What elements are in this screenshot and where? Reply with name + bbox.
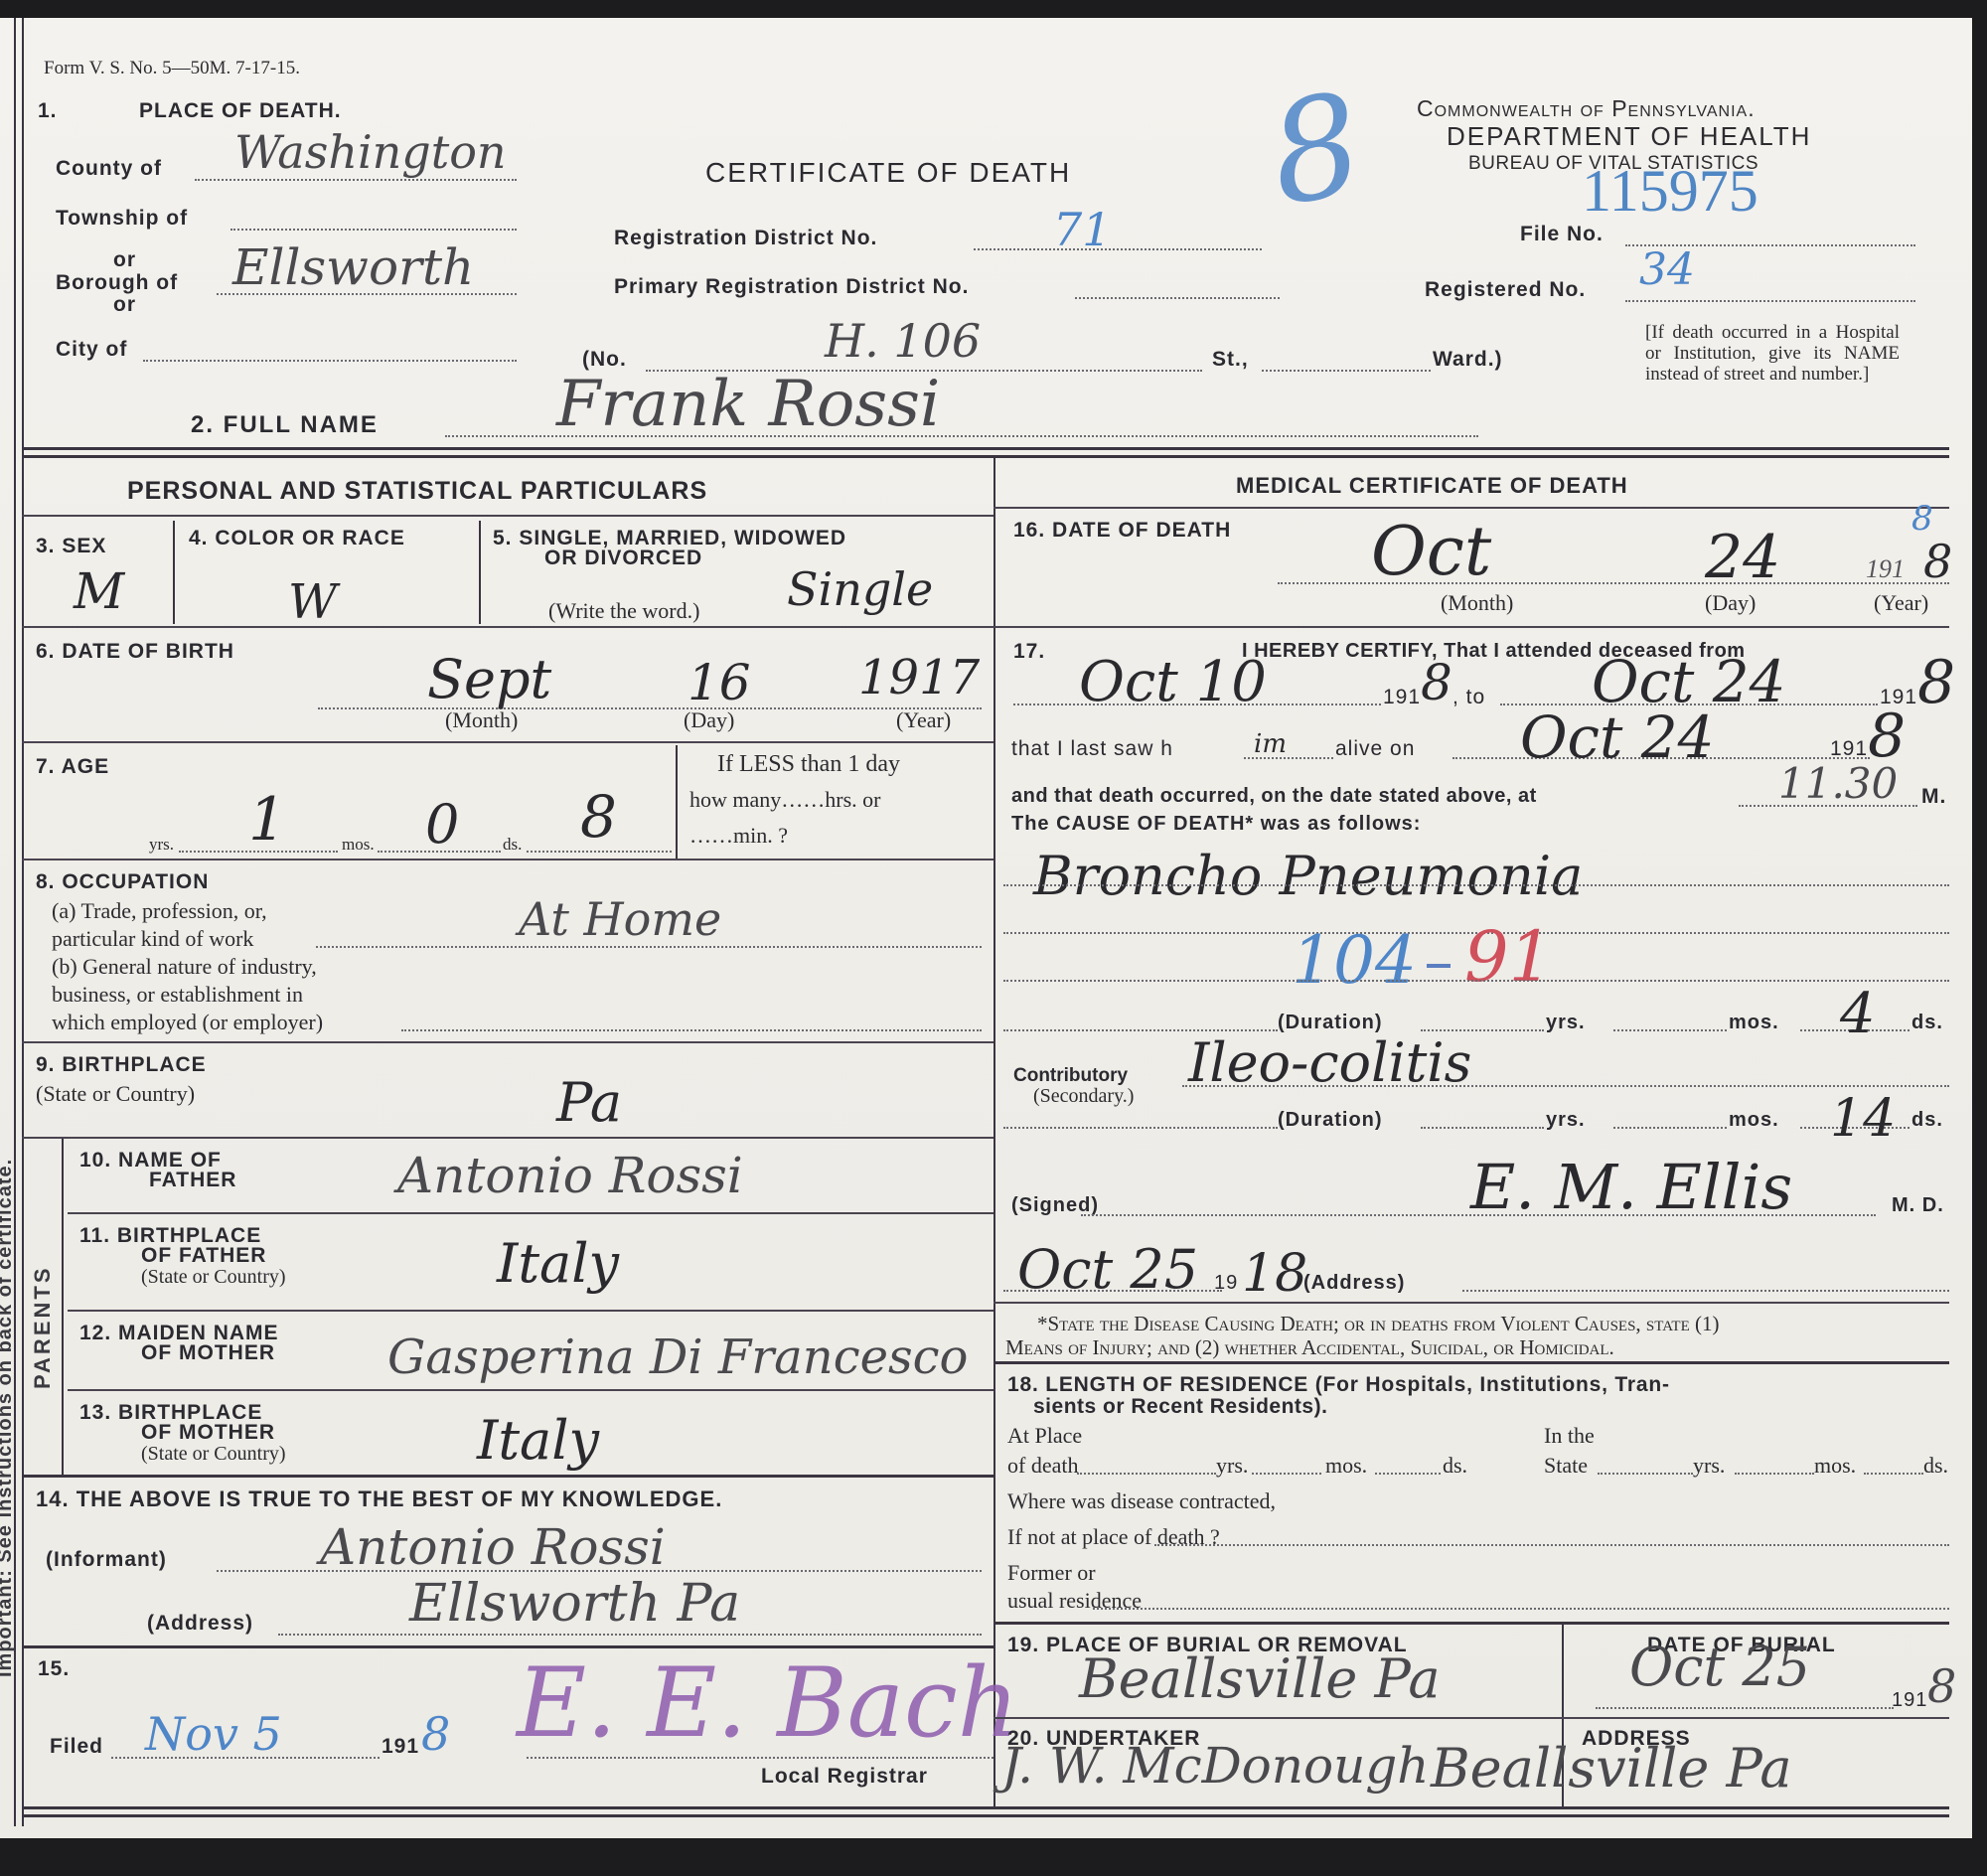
form-number: Form V. S. No. 5—50M. 7-17-15. (44, 58, 300, 79)
death-time-value: 11.30 (1778, 759, 1898, 808)
informant-heading: 14. THE ABOVE IS TRUE TO THE BEST OF MY … (36, 1486, 722, 1512)
death-time-suffix: M. (1921, 785, 1946, 809)
burial-place-value: Beallsville Pa (1079, 1647, 1441, 1710)
local-registrar-label: Local Registrar (761, 1765, 928, 1789)
divider (993, 1717, 1949, 1719)
last-saw-pronoun: im (1254, 729, 1287, 759)
in-state-yrs-label: yrs. (1693, 1453, 1725, 1479)
occupation-a-label: (a) Trade, profession, or, (52, 898, 267, 924)
divider (993, 1622, 1949, 1625)
death-certificate: Important: See instructions on back of c… (0, 18, 1972, 1838)
or-label: or (113, 293, 136, 317)
divider (22, 626, 993, 628)
last-saw-label: that I last saw h (1011, 737, 1173, 761)
column-divider (479, 521, 481, 624)
mother-name-value: Gasperina Di Francesco (387, 1329, 968, 1385)
divider (68, 1310, 993, 1312)
certificate-title: CERTIFICATE OF DEATH (705, 157, 1071, 189)
to-label: , to (1452, 686, 1485, 709)
column-divider (676, 745, 678, 859)
father-birthplace-label-2: OF FATHER (141, 1244, 266, 1268)
in-state-ds-field (1864, 1473, 1923, 1475)
signed-value: E. M. Ellis (1470, 1151, 1792, 1223)
in-state-yrs-field (1598, 1473, 1693, 1475)
divider (993, 507, 1949, 509)
contrib-ds-value: 14 (1830, 1089, 1896, 1149)
attended-from-year-prefix: 191 (1383, 686, 1421, 709)
registered-no-label: Registered No. (1425, 278, 1586, 302)
former-residence-label-2: usual residence (1007, 1588, 1142, 1614)
filed-value: Nov 5 (145, 1707, 282, 1761)
registered-no-field (1625, 300, 1915, 302)
duration-ds-value: 4 (1840, 982, 1876, 1046)
age-ds-label: ds. (503, 835, 522, 855)
date-of-death-year-suffix: 8 (1923, 535, 1952, 588)
attended-from-value: Oct 10 (1079, 650, 1267, 714)
duration-ds-label: ds. (1911, 1012, 1943, 1034)
full-name-label: 2. FULL NAME (191, 411, 379, 439)
registration-district-value: 71 (1053, 203, 1112, 256)
occupation-b-field (401, 1029, 982, 1031)
at-place-yrs-field (1077, 1473, 1216, 1475)
divider (22, 741, 993, 743)
date-of-death-year-prefix: 191 (1866, 554, 1905, 584)
section-1-number: 1. (38, 99, 58, 123)
sex-value: M (74, 562, 124, 620)
informant-address-value: Ellsworth Pa (409, 1574, 740, 1634)
last-saw-date: Oct 24 (1520, 703, 1715, 771)
date-of-death-day: 24 (1705, 523, 1780, 592)
in-state-mos-field (1735, 1473, 1814, 1475)
duration-mos-field (1613, 1029, 1727, 1031)
birthplace-hint: (State or Country) (36, 1081, 195, 1107)
mother-birthplace-label-2: OF MOTHER (141, 1421, 275, 1445)
at-place-ds-label: ds. (1443, 1453, 1467, 1479)
divider (993, 626, 1949, 628)
occupation-b-label: (b) General nature of industry, (52, 954, 317, 980)
parents-label: PARENTS (30, 1266, 56, 1390)
parents-divider (62, 1139, 64, 1475)
contrib-mos-field (1613, 1127, 1727, 1129)
date-of-death-year-correction: 8 (1911, 499, 1933, 539)
county-value: Washington (234, 125, 507, 179)
occupation-b-label-3: which employed (or employer) (52, 1010, 323, 1035)
mother-birthplace-value: Italy (477, 1409, 599, 1472)
column-divider (173, 521, 175, 624)
full-name-value: Frank Rossi (556, 368, 940, 441)
occupation-label: 8. OCCUPATION (36, 870, 209, 894)
dob-month: Sept (427, 648, 551, 710)
place-of-death-heading: PLACE OF DEATH. (139, 99, 342, 123)
in-state-mos-label: mos. (1814, 1453, 1856, 1479)
filed-year-prefix: 191 (382, 1735, 419, 1759)
burial-year-suffix: 8 (1927, 1659, 1956, 1713)
in-state-ds-label: ds. (1923, 1453, 1948, 1479)
street-value: H. 106 (825, 314, 981, 368)
burial-date-value: Oct 25 (1629, 1636, 1810, 1698)
cause-code-dash (1427, 964, 1451, 968)
cause-of-death-label: The CAUSE OF DEATH* was as follows: (1011, 813, 1421, 836)
duration-mos-label: mos. (1729, 1012, 1779, 1034)
informant-address-field (278, 1634, 982, 1636)
contributory-value: Ileo-colitis (1188, 1031, 1471, 1094)
secondary-label: (Secondary.) (1033, 1085, 1134, 1108)
residence-heading: 18. LENGTH OF RESIDENCE (For Hospitals, … (1007, 1373, 1670, 1397)
township-field (230, 229, 517, 231)
city-field (143, 360, 517, 362)
race-value: W (288, 574, 337, 630)
dob-year-caption: (Year) (896, 707, 951, 733)
divider (22, 447, 1949, 450)
birthplace-value: Pa (556, 1071, 622, 1134)
borough-label: Borough of (56, 271, 178, 295)
marital-hint: (Write the word.) (548, 598, 699, 624)
burial-year-prefix: 191 (1892, 1689, 1927, 1712)
at-place-yrs-label: yrs. (1216, 1453, 1248, 1479)
township-label: Township of (56, 207, 188, 231)
divider (993, 1302, 1949, 1304)
contrib-yrs-field (1421, 1127, 1544, 1129)
occupation-b-label-2: business, or establishment in (52, 982, 303, 1008)
date-of-death-label: 16. DATE OF DEATH (1013, 519, 1231, 543)
occupation-a-field (316, 946, 982, 948)
contrib-ds-label: ds. (1911, 1109, 1943, 1132)
where-contracted-label: Where was disease contracted, (1007, 1488, 1276, 1514)
or-label: or (113, 248, 136, 272)
cause-footnote-1: *State the Disease Causing Death; or in … (1037, 1312, 1719, 1336)
city-label: City of (56, 338, 127, 362)
birthplace-label: 9. BIRTHPLACE (36, 1053, 207, 1077)
agency-department: DEPARTMENT OF HEALTH (1447, 121, 1811, 152)
marital-label-2: OR DIVORCED (544, 547, 702, 570)
age-yrs-label: yrs. (149, 835, 174, 855)
dob-day: 16 (688, 654, 751, 711)
cause-code-red: 91 (1464, 916, 1553, 998)
personal-heading: PERSONAL AND STATISTICAL PARTICULARS (127, 477, 707, 506)
file-no-label: File No. (1520, 223, 1604, 246)
age-mos-value: 0 (425, 793, 459, 856)
sex-label: 3. SEX (36, 535, 106, 558)
county-field (195, 179, 517, 181)
attended-from-year-suffix: 8 (1421, 654, 1452, 711)
divider (22, 1137, 993, 1139)
divider (68, 1212, 993, 1214)
where-contracted-field (1154, 1544, 1949, 1546)
duration-yrs-label: yrs. (1546, 1012, 1586, 1034)
filed-section-number: 15. (38, 1657, 70, 1681)
mother-birthplace-hint: (State or Country) (141, 1443, 286, 1466)
at-place-label-2: of death (1007, 1453, 1078, 1479)
registration-district-field (974, 248, 1262, 250)
attended-to-year-suffix: 8 (1917, 648, 1955, 717)
column-divider (993, 455, 995, 1806)
primary-registration-field (1075, 297, 1280, 299)
registered-no-value: 34 (1639, 244, 1695, 295)
date-of-death-month: Oct (1371, 513, 1491, 591)
former-residence-field (1093, 1608, 1949, 1610)
alive-on-label: alive on (1335, 737, 1415, 761)
divider (68, 1389, 993, 1391)
age-ds-value: 8 (580, 783, 617, 851)
father-name-value: Antonio Rossi (397, 1147, 743, 1204)
cause-of-death-value: Broncho Pneumonia (1033, 845, 1583, 907)
informant-address-label: (Address) (147, 1612, 253, 1636)
filed-label: Filed (50, 1735, 103, 1759)
contributory-label: Contributory (1013, 1065, 1128, 1087)
dob-year: 1917 (858, 650, 980, 705)
in-state-label-2: State (1544, 1453, 1588, 1479)
signed-date-value: Oct 25 (1017, 1238, 1198, 1301)
ward-label: Ward.) (1433, 348, 1503, 372)
undertaker-address-value: Beallsville Pa (1431, 1737, 1792, 1799)
in-state-label: In the (1544, 1423, 1595, 1449)
county-label: County of (56, 157, 162, 181)
cause-code-blue: 104 (1292, 922, 1417, 999)
age-ds-field (527, 851, 672, 853)
at-place-ds-field (1375, 1473, 1441, 1475)
dob-month-caption: (Month) (445, 707, 518, 733)
age-mos-label: mos. (342, 835, 375, 855)
divider (22, 515, 993, 517)
dod-month-caption: (Month) (1441, 590, 1513, 616)
where-contracted-label-2: If not at place of death ? (1007, 1524, 1220, 1550)
signed-address-label: (Address) (1303, 1272, 1405, 1295)
contrib-mos-label: mos. (1729, 1109, 1779, 1132)
signed-year-prefix: 19 (1214, 1272, 1238, 1295)
last-saw-year-prefix: 191 (1830, 737, 1868, 761)
divider (22, 1806, 1949, 1809)
primary-registration-label: Primary Registration District No. (614, 275, 969, 299)
dod-day-caption: (Day) (1705, 590, 1756, 616)
residence-heading-2: sients or Recent Residents). (1033, 1395, 1327, 1419)
blue-crayon-mark: 8 (1259, 64, 1374, 238)
death-time-text: and that death occurred, on the date sta… (1011, 785, 1537, 808)
at-place-label: At Place (1007, 1423, 1082, 1449)
cause-line-3 (1003, 980, 1949, 982)
cause-line-1 (1003, 884, 1949, 886)
less-than-day-label: If LESS than 1 day (717, 751, 900, 778)
burial-date-field (1596, 1707, 1894, 1709)
dod-year-caption: (Year) (1874, 590, 1928, 616)
age-label: 7. AGE (36, 755, 109, 779)
registration-district-label: Registration District No. (614, 227, 877, 250)
occupation-a-value: At Home (519, 892, 721, 946)
divider (993, 1361, 1949, 1364)
less-than-day-hours: how many……hrs. or (689, 787, 880, 813)
divider (22, 1041, 993, 1043)
signed-year-suffix: 18 (1242, 1244, 1307, 1304)
father-birthplace-hint: (State or Country) (141, 1266, 286, 1289)
street-label: St., (1212, 348, 1249, 372)
md-label: M. D. (1892, 1194, 1944, 1217)
contrib-duration-label: (Duration) (1278, 1109, 1383, 1132)
contrib-duration-field (1003, 1127, 1278, 1129)
filed-year-suffix: 8 (421, 1707, 450, 1761)
mother-name-label-2: OF MOTHER (141, 1341, 275, 1365)
agency-commonwealth: Commonwealth of Pennsylvania. (1417, 95, 1756, 122)
at-place-mos-label: mos. (1325, 1453, 1367, 1479)
medical-heading: MEDICAL CERTIFICATE OF DEATH (1236, 473, 1628, 499)
undertaker-value: J. W. McDonough (1001, 1737, 1430, 1795)
father-name-label-2: FATHER (149, 1169, 236, 1192)
informant-value: Antonio Rossi (320, 1518, 666, 1576)
divider (22, 455, 1949, 458)
former-residence-label: Former or (1007, 1560, 1096, 1586)
race-label: 4. COLOR OR RACE (189, 527, 405, 550)
margin-instructions: Important: See instructions on back of c… (0, 1159, 17, 1677)
divider (22, 859, 993, 860)
dob-field (318, 707, 982, 709)
occupation-a-label-2: particular kind of work (52, 926, 253, 952)
ward-field (1262, 370, 1431, 372)
divider (22, 1475, 993, 1478)
registrar-signature: E. E. Bach (517, 1647, 1019, 1759)
dob-label: 6. DATE OF BIRTH (36, 640, 234, 664)
hospital-note: [If death occurred in a Hospital or Inst… (1645, 322, 1900, 385)
divider (22, 1814, 1949, 1817)
marital-value: Single (787, 562, 933, 616)
contrib-yrs-label: yrs. (1546, 1109, 1586, 1132)
age-yrs-value: 1 (248, 785, 286, 855)
father-birthplace-value: Italy (497, 1232, 619, 1295)
informant-label: (Informant) (46, 1548, 167, 1572)
at-place-mos-field (1252, 1473, 1321, 1475)
certify-section-number: 17. (1013, 640, 1045, 664)
borough-value: Ellsworth (232, 238, 474, 296)
margin-rule (22, 18, 24, 1826)
cause-footnote-2: Means of Injury; and (2) whether Acciden… (1005, 1335, 1614, 1360)
signed-address-field (1462, 1290, 1949, 1292)
less-than-day-minutes: ……min. ? (689, 823, 788, 849)
file-number-stamp: 115975 (1582, 157, 1758, 226)
dob-day-caption: (Day) (684, 707, 734, 733)
